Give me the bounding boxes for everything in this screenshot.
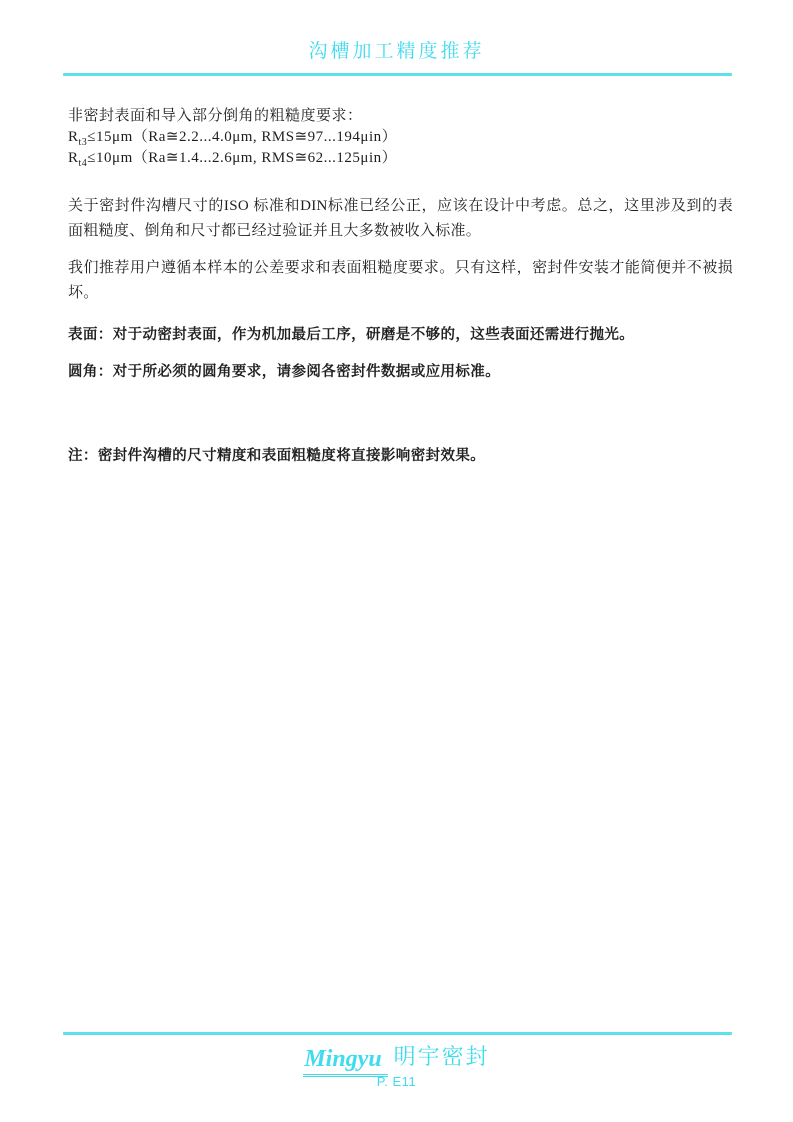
fillet-text: 对于所必须的圆角要求，请参阅各密封件数据或应用标准。 bbox=[113, 364, 500, 380]
page-footer: Mingyu明宇密封 P. E11 bbox=[0, 1032, 793, 1122]
paragraph-standards: 关于密封件沟槽尺寸的ISO 标准和DIN标准已经公正，应该在设计中考虑。总之，这… bbox=[68, 194, 733, 244]
fillet-label: 圆角： bbox=[68, 364, 113, 380]
surface-text: 对于动密封表面，作为机加最后工序，研磨是不够的，这些表面还需进行抛光。 bbox=[113, 327, 635, 343]
spec-value: ≤15μm（Ra≅2.2...4.0μm, RMS≅97...194μin） bbox=[87, 129, 397, 145]
page-number: P. E11 bbox=[0, 1074, 793, 1089]
paragraph-recommendation: 我们推荐用户遵循本样本的公差要求和表面粗糙度要求。只有这样，密封件安装才能简便并… bbox=[68, 256, 733, 306]
note-label: 注： bbox=[68, 448, 98, 464]
roughness-spec-rt3: Rt3≤15μm（Ra≅2.2...4.0μm, RMS≅97...194μin… bbox=[68, 127, 733, 148]
spec-symbol: R bbox=[68, 129, 79, 145]
surface-label: 表面： bbox=[68, 327, 113, 343]
note-line: 注：密封件沟槽的尺寸精度和表面粗糙度将直接影响密封效果。 bbox=[68, 446, 733, 467]
document-body: 非密封表面和导入部分倒角的粗糙度要求： Rt3≤15μm（Ra≅2.2...4.… bbox=[68, 106, 733, 467]
spec-value: ≤10μm（Ra≅1.4...2.6μm, RMS≅62...125μin） bbox=[87, 150, 397, 166]
brand-latin-wordmark: Mingyu bbox=[303, 1046, 387, 1077]
spec-subscript: t4 bbox=[79, 158, 88, 169]
spec-subscript: t3 bbox=[79, 137, 88, 148]
page-header: 沟槽加工精度推荐 bbox=[0, 0, 793, 63]
brand-chinese-name: 明宇密封 bbox=[394, 1044, 490, 1069]
roughness-heading: 非密封表面和导入部分倒角的粗糙度要求： bbox=[68, 106, 733, 127]
footer-divider bbox=[63, 1032, 732, 1035]
note-text: 密封件沟槽的尺寸精度和表面粗糙度将直接影响密封效果。 bbox=[98, 448, 485, 464]
document-page: 沟槽加工精度推荐 非密封表面和导入部分倒角的粗糙度要求： Rt3≤15μm（Ra… bbox=[0, 0, 793, 1122]
roughness-spec-rt4: Rt4≤10μm（Ra≅1.4...2.6μm, RMS≅62...125μin… bbox=[68, 148, 733, 169]
fillet-emphasis-line: 圆角：对于所必须的圆角要求，请参阅各密封件数据或应用标准。 bbox=[68, 362, 733, 383]
page-title: 沟槽加工精度推荐 bbox=[0, 36, 793, 63]
brand-logo: Mingyu明宇密封 bbox=[0, 1040, 793, 1077]
roughness-spec-block: 非密封表面和导入部分倒角的粗糙度要求： Rt3≤15μm（Ra≅2.2...4.… bbox=[68, 106, 733, 169]
surface-emphasis-line: 表面：对于动密封表面，作为机加最后工序，研磨是不够的，这些表面还需进行抛光。 bbox=[68, 325, 733, 346]
header-divider bbox=[63, 73, 732, 76]
spec-symbol: R bbox=[68, 150, 79, 166]
